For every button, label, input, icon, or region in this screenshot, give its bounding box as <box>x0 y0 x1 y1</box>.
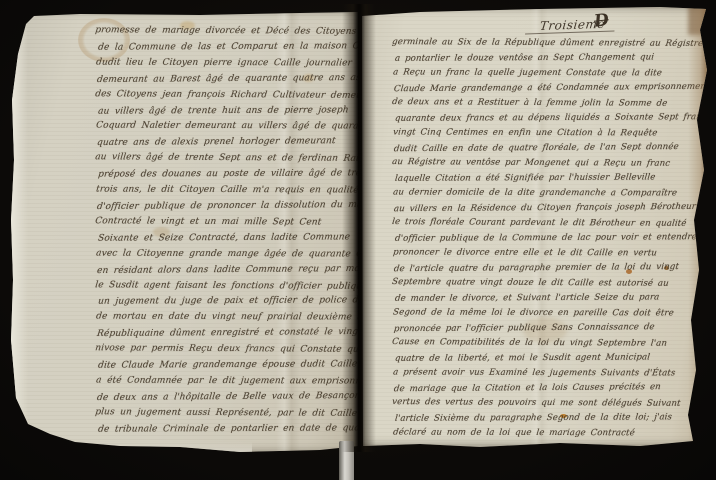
document-scan: promesse de mariage divorcée et Décé des… <box>0 0 716 480</box>
manuscript-line: Contracté le vingt et un mai mille Sept … <box>94 214 358 232</box>
manuscript-line: de mander le divorce, et Suivant l'artic… <box>394 290 710 307</box>
manuscript-line: au villers âgé de trente huit ans de pie… <box>97 103 360 120</box>
manuscript-line: trois ans, le dit Citoyen Caille m'a req… <box>95 183 359 200</box>
left-page-text: promesse de mariage divorcée et Décé des… <box>95 24 357 438</box>
manuscript-line: le trois floréale Courant pardevant le d… <box>391 215 706 232</box>
paraph-mark: D <box>593 10 610 31</box>
manuscript-line: de deux ans a l'hôpitalle de Belle vaux … <box>96 389 360 407</box>
manuscript-line: Soixante et Seize Contracté, dans ladite… <box>97 230 360 247</box>
manuscript-line: demeurant au Barest âgé de quarante quat… <box>96 71 360 89</box>
manuscript-line: préposé des douanes au poste de villaire… <box>97 166 360 183</box>
manuscript-line: nivose par permis Reçu deux francs qui C… <box>94 341 358 359</box>
manuscript-line: de deux ans et a Restituer à la femme jo… <box>391 95 706 112</box>
manuscript-line: quarante deux francs et au dépens liquid… <box>394 110 710 127</box>
manuscript-line: dudit lieu le Citoyen pierre ignace Cail… <box>95 55 359 72</box>
manuscript-line: déclaré au nom de la loi que le mariage … <box>392 425 708 441</box>
manuscript-line: en résidant alors dans ladite Commune re… <box>96 262 360 280</box>
manuscript-line: a pontarlier le douze ventôse an Sept Ch… <box>394 50 710 67</box>
manuscript-line: quatre de la liberté, et moi le Susdit a… <box>394 350 710 367</box>
manuscript-line: l'article Sixième du paragraphe Segond d… <box>394 410 710 427</box>
page-holder-clip <box>339 441 354 480</box>
manuscript-line: avec la Citoyenne grande mange âgée de q… <box>95 246 359 263</box>
manuscript-line: de la Commune de las et Comparut en la m… <box>97 39 360 56</box>
manuscript-line: des Citoyens jean françois Richard Culti… <box>94 87 358 105</box>
manuscript-line: plus un jugement aussi Représenté, par l… <box>94 405 358 423</box>
manuscript-line: de mortau en date du vingt neuf prairial… <box>95 310 359 327</box>
manuscript-line: vertus des vertus des pouvoirs qui me so… <box>391 395 706 412</box>
manuscript-line: un jugement du juge de paix et officier … <box>97 294 360 311</box>
manuscript-line: a été Condamnée par le dit jugement aux … <box>95 373 359 390</box>
torn-corner-stain <box>688 5 710 35</box>
manuscript-line: Cause en Compatibilités de la loi du vin… <box>391 335 706 352</box>
left-page: promesse de mariage divorcée et Décé des… <box>8 8 360 456</box>
right-page-text: germinale au Six de la République dûment… <box>392 36 706 441</box>
manuscript-line: germinale au Six de la République dûment… <box>391 35 706 52</box>
manuscript-line: de tribunale Criminale de pontarlier en … <box>97 421 360 438</box>
manuscript-line: Septembre quatre vingt douze le dit Cail… <box>391 275 706 292</box>
manuscript-line: promesse de mariage divorcée et Décé des… <box>94 23 358 41</box>
manuscript-line: d'officier publique de prononcer la diss… <box>96 198 360 216</box>
manuscript-line: d'officier publique de la Commune de lac… <box>394 230 710 247</box>
manuscript-line: au Régistre au ventôse par Mongenet qui … <box>391 155 706 172</box>
manuscript-line: Républiquaine dûment enregistré et const… <box>96 325 360 343</box>
manuscript-line: au villers âgé de trente Sept ans et de … <box>94 150 358 168</box>
manuscript-line: laquelle Citation a été Signifiée par l'… <box>394 170 710 187</box>
right-page: Troisieme D germinale au Six de la Répub… <box>358 5 710 449</box>
manuscript-line: dite Claude Marie grandemange épouse dud… <box>97 357 360 374</box>
